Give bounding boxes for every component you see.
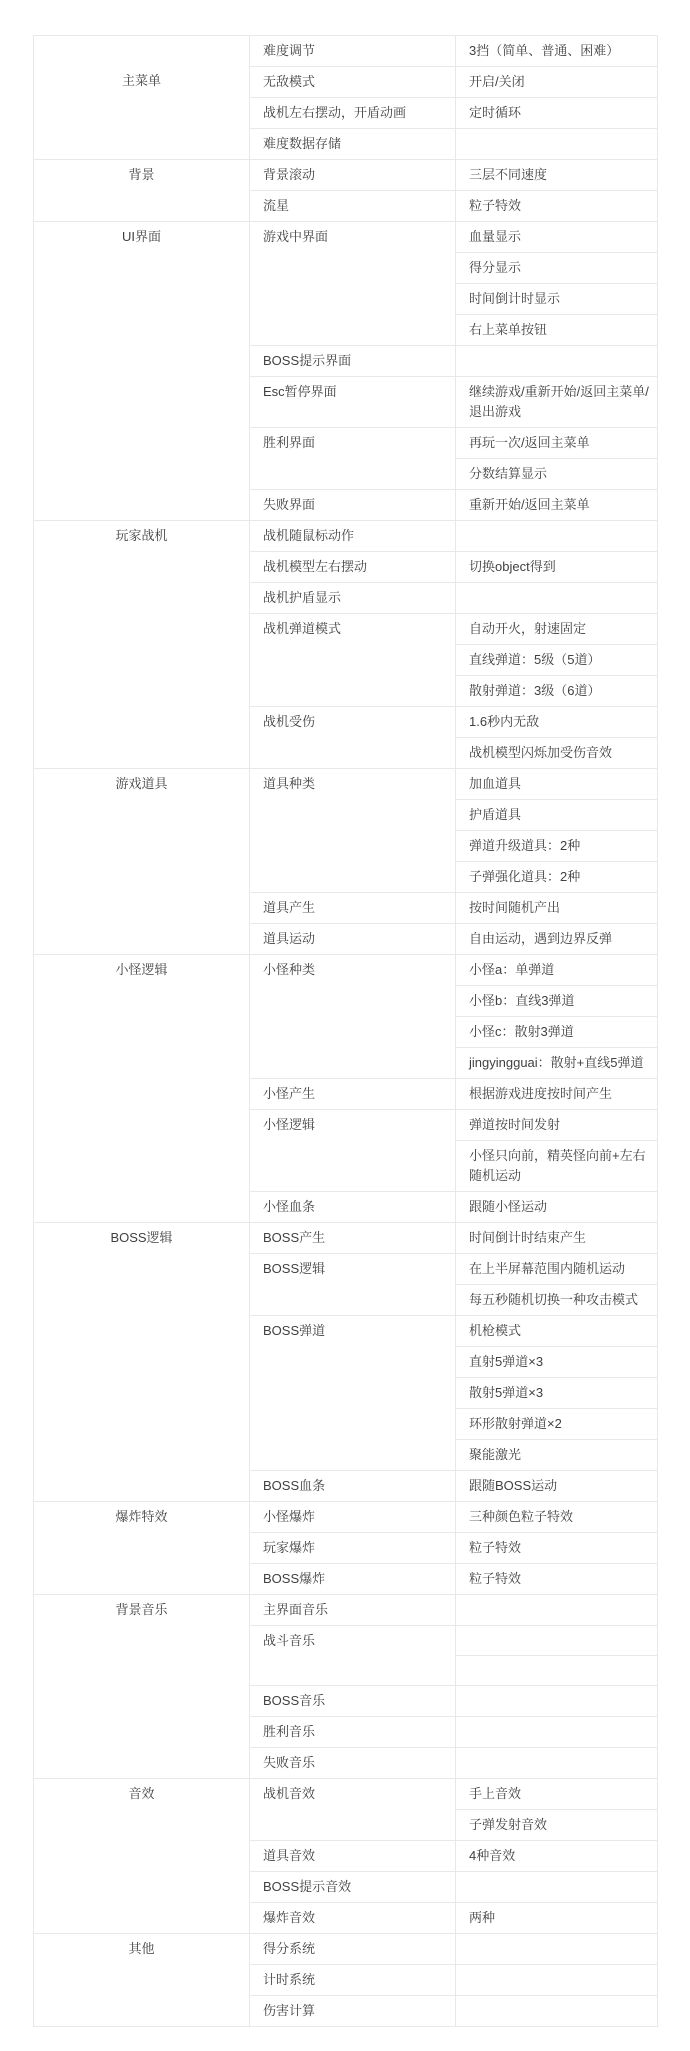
detail-cell: 3挡（简单、普通、困难） bbox=[456, 36, 658, 67]
feature-cell: BOSS产生 bbox=[250, 1223, 456, 1254]
table-row: 游戏道具道具种类加血道具 bbox=[34, 769, 658, 800]
feature-cell: 小怪逻辑 bbox=[250, 1110, 456, 1192]
feature-cell: BOSS爆炸 bbox=[250, 1564, 456, 1595]
detail-cell: 每五秒随机切换一种攻击模式 bbox=[456, 1285, 658, 1316]
feature-cell: BOSS提示音效 bbox=[250, 1872, 456, 1903]
feature-cell: 背景滚动 bbox=[250, 160, 456, 191]
category-cell: 游戏道具 bbox=[34, 769, 250, 955]
detail-cell: 直射5弹道×3 bbox=[456, 1347, 658, 1378]
table-row: 主菜单难度调节3挡（简单、普通、困难） bbox=[34, 36, 658, 67]
category-cell: BOSS逻辑 bbox=[34, 1223, 250, 1502]
detail-cell bbox=[456, 521, 658, 552]
detail-cell: 自由运动，遇到边界反弹 bbox=[456, 924, 658, 955]
table-row: UI界面游戏中界面血量显示 bbox=[34, 222, 658, 253]
feature-cell: 流星 bbox=[250, 191, 456, 222]
feature-cell: 战机音效 bbox=[250, 1779, 456, 1841]
category-cell: 小怪逻辑 bbox=[34, 955, 250, 1223]
feature-cell: 道具产生 bbox=[250, 893, 456, 924]
table-row: BOSS逻辑BOSS产生时间倒计时结束产生 bbox=[34, 1223, 658, 1254]
detail-cell bbox=[456, 346, 658, 377]
detail-cell: 重新开始/返回主菜单 bbox=[456, 490, 658, 521]
feature-cell: 得分系统 bbox=[250, 1934, 456, 1965]
detail-cell: 跟随小怪运动 bbox=[456, 1192, 658, 1223]
detail-cell: 三层不同速度 bbox=[456, 160, 658, 191]
table-row: 其他得分系统 bbox=[34, 1934, 658, 1965]
detail-cell: 自动开火，射速固定 bbox=[456, 614, 658, 645]
feature-cell: 战机弹道模式 bbox=[250, 614, 456, 707]
detail-cell: 血量显示 bbox=[456, 222, 658, 253]
category-cell: 玩家战机 bbox=[34, 521, 250, 769]
detail-cell: 加血道具 bbox=[456, 769, 658, 800]
feature-cell: 战斗音乐 bbox=[250, 1626, 456, 1686]
feature-cell: 难度数据存储 bbox=[250, 129, 456, 160]
detail-cell: 直线弹道：5级（5道） bbox=[456, 645, 658, 676]
category-cell: 主菜单 bbox=[34, 36, 250, 160]
feature-cell: Esc暂停界面 bbox=[250, 377, 456, 428]
detail-cell: 子弹发射音效 bbox=[456, 1810, 658, 1841]
category-cell: 爆炸特效 bbox=[34, 1502, 250, 1595]
detail-cell bbox=[456, 583, 658, 614]
detail-cell: 小怪b：直线3弹道 bbox=[456, 986, 658, 1017]
feature-cell: 小怪产生 bbox=[250, 1079, 456, 1110]
feature-cell: 道具运动 bbox=[250, 924, 456, 955]
detail-cell: 粒子特效 bbox=[456, 1533, 658, 1564]
detail-cell: 4种音效 bbox=[456, 1841, 658, 1872]
feature-cell: 战机受伤 bbox=[250, 707, 456, 769]
table-row: 爆炸特效小怪爆炸三种颜色粒子特效 bbox=[34, 1502, 658, 1533]
detail-cell: jingyingguai：散射+直线5弹道 bbox=[456, 1048, 658, 1079]
spec-table: 主菜单难度调节3挡（简单、普通、困难）无敌模式开启/关闭战机左右摆动，开盾动画定… bbox=[33, 35, 658, 2027]
detail-cell bbox=[456, 1626, 658, 1656]
feature-cell: 难度调节 bbox=[250, 36, 456, 67]
detail-cell bbox=[456, 1748, 658, 1779]
detail-cell bbox=[456, 1965, 658, 1996]
feature-cell: 道具种类 bbox=[250, 769, 456, 893]
feature-cell: 失败音乐 bbox=[250, 1748, 456, 1779]
detail-cell: 战机模型闪烁加受伤音效 bbox=[456, 738, 658, 769]
feature-cell: 游戏中界面 bbox=[250, 222, 456, 346]
feature-cell: 玩家爆炸 bbox=[250, 1533, 456, 1564]
detail-cell: 切换object得到 bbox=[456, 552, 658, 583]
detail-cell: 环形散射弹道×2 bbox=[456, 1409, 658, 1440]
table-row: 音效战机音效手上音效 bbox=[34, 1779, 658, 1810]
feature-cell: 战机左右摆动，开盾动画 bbox=[250, 98, 456, 129]
feature-cell: 小怪血条 bbox=[250, 1192, 456, 1223]
feature-cell: 计时系统 bbox=[250, 1965, 456, 1996]
feature-cell: 道具音效 bbox=[250, 1841, 456, 1872]
category-cell: 背景 bbox=[34, 160, 250, 222]
feature-cell: BOSS提示界面 bbox=[250, 346, 456, 377]
category-cell: UI界面 bbox=[34, 222, 250, 521]
feature-cell: 胜利界面 bbox=[250, 428, 456, 490]
detail-cell: 跟随BOSS运动 bbox=[456, 1471, 658, 1502]
feature-cell: 爆炸音效 bbox=[250, 1903, 456, 1934]
detail-cell: 三种颜色粒子特效 bbox=[456, 1502, 658, 1533]
detail-cell: 粒子特效 bbox=[456, 1564, 658, 1595]
category-cell: 背景音乐 bbox=[34, 1595, 250, 1779]
detail-cell: 两种 bbox=[456, 1903, 658, 1934]
detail-cell: 1.6秒内无敌 bbox=[456, 707, 658, 738]
detail-cell: 继续游戏/重新开始/返回主菜单/退出游戏 bbox=[456, 377, 658, 428]
detail-cell: 散射5弹道×3 bbox=[456, 1378, 658, 1409]
detail-cell bbox=[456, 1717, 658, 1748]
feature-cell: 无敌模式 bbox=[250, 67, 456, 98]
detail-cell: 散射弹道：3级（6道） bbox=[456, 676, 658, 707]
detail-cell: 根据游戏进度按时间产生 bbox=[456, 1079, 658, 1110]
feature-cell: 失败界面 bbox=[250, 490, 456, 521]
detail-cell: 弹道按时间发射 bbox=[456, 1110, 658, 1141]
detail-cell bbox=[456, 1595, 658, 1626]
detail-cell: 小怪a：单弹道 bbox=[456, 955, 658, 986]
detail-cell: 子弹强化道具：2种 bbox=[456, 862, 658, 893]
detail-cell: 时间倒计时结束产生 bbox=[456, 1223, 658, 1254]
feature-cell: 战机模型左右摆动 bbox=[250, 552, 456, 583]
feature-cell: 伤害计算 bbox=[250, 1996, 456, 2027]
spec-table-body: 主菜单难度调节3挡（简单、普通、困难）无敌模式开启/关闭战机左右摆动，开盾动画定… bbox=[34, 36, 658, 2027]
detail-cell bbox=[456, 1872, 658, 1903]
feature-cell: 胜利音乐 bbox=[250, 1717, 456, 1748]
detail-cell: 定时循环 bbox=[456, 98, 658, 129]
detail-cell bbox=[456, 1934, 658, 1965]
detail-cell: 按时间随机产出 bbox=[456, 893, 658, 924]
detail-cell: 再玩一次/返回主菜单 bbox=[456, 428, 658, 459]
feature-cell: 小怪种类 bbox=[250, 955, 456, 1079]
category-cell: 音效 bbox=[34, 1779, 250, 1934]
feature-cell: BOSS弹道 bbox=[250, 1316, 456, 1471]
category-cell: 其他 bbox=[34, 1934, 250, 2027]
detail-cell bbox=[456, 1996, 658, 2027]
detail-cell: 聚能激光 bbox=[456, 1440, 658, 1471]
detail-cell: 弹道升级道具：2种 bbox=[456, 831, 658, 862]
feature-cell: BOSS逻辑 bbox=[250, 1254, 456, 1316]
detail-cell: 开启/关闭 bbox=[456, 67, 658, 98]
detail-cell: 在上半屏幕范围内随机运动 bbox=[456, 1254, 658, 1285]
feature-cell: BOSS血条 bbox=[250, 1471, 456, 1502]
detail-cell: 小怪只向前，精英怪向前+左右随机运动 bbox=[456, 1141, 658, 1192]
detail-cell: 护盾道具 bbox=[456, 800, 658, 831]
detail-cell bbox=[456, 129, 658, 160]
detail-cell bbox=[456, 1656, 658, 1686]
detail-cell: 粒子特效 bbox=[456, 191, 658, 222]
table-row: 玩家战机战机随鼠标动作 bbox=[34, 521, 658, 552]
table-row: 背景背景滚动三层不同速度 bbox=[34, 160, 658, 191]
feature-cell: BOSS音乐 bbox=[250, 1686, 456, 1717]
feature-cell: 小怪爆炸 bbox=[250, 1502, 456, 1533]
document-page: 主菜单难度调节3挡（简单、普通、困难）无敌模式开启/关闭战机左右摆动，开盾动画定… bbox=[0, 0, 690, 2051]
detail-cell: 右上菜单按钮 bbox=[456, 315, 658, 346]
table-row: 背景音乐主界面音乐 bbox=[34, 1595, 658, 1626]
detail-cell: 时间倒计时显示 bbox=[456, 284, 658, 315]
detail-cell bbox=[456, 1686, 658, 1717]
feature-cell: 战机随鼠标动作 bbox=[250, 521, 456, 552]
detail-cell: 得分显示 bbox=[456, 253, 658, 284]
table-row: 小怪逻辑小怪种类小怪a：单弹道 bbox=[34, 955, 658, 986]
detail-cell: 分数结算显示 bbox=[456, 459, 658, 490]
detail-cell: 机枪模式 bbox=[456, 1316, 658, 1347]
detail-cell: 手上音效 bbox=[456, 1779, 658, 1810]
feature-cell: 主界面音乐 bbox=[250, 1595, 456, 1626]
detail-cell: 小怪c：散射3弹道 bbox=[456, 1017, 658, 1048]
feature-cell: 战机护盾显示 bbox=[250, 583, 456, 614]
